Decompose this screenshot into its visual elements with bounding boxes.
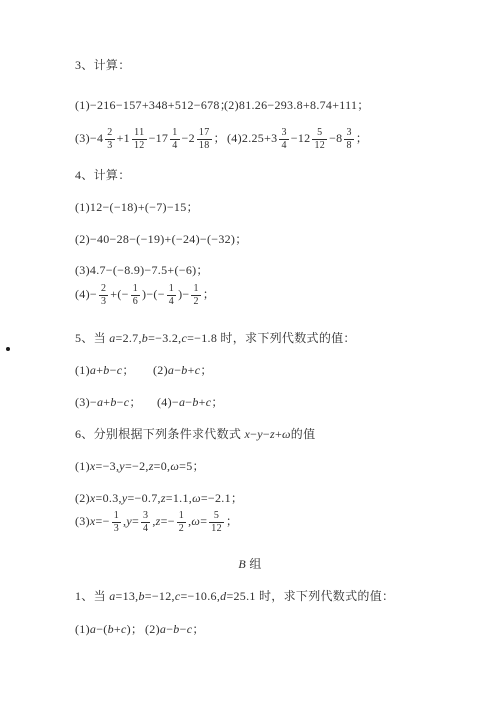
fraction: 23 <box>99 283 108 307</box>
problem-6-1: (1)x=−3,y=−2,z=0,ω=5； <box>75 458 205 474</box>
fraction: 14 <box>167 283 176 307</box>
fraction: 38 <box>344 127 353 151</box>
fraction: 12 <box>177 510 186 534</box>
problem-4-4: (4)−23+(−16)−(−14)−12； <box>75 283 215 307</box>
fraction: 16 <box>131 283 140 307</box>
fraction: 34 <box>141 510 150 534</box>
fraction: 34 <box>279 127 288 151</box>
worksheet-page: 3、计算： (1)−216−157+348+512−678； (2)81.26−… <box>0 0 500 707</box>
group-b-label: B 组 <box>0 556 500 572</box>
fraction: 14 <box>170 127 179 151</box>
problem-3-1: (1)−216−157+348+512−678； <box>75 97 232 113</box>
problem-b1-1: (1)a−(b+c)； <box>75 621 143 637</box>
fraction: 23 <box>105 127 114 151</box>
problem-3-2: (2)81.26−293.8+8.74+111； <box>224 97 370 113</box>
section-4-heading: 4、计算： <box>75 167 131 183</box>
problem-5-4: (4)−a−b+c； <box>157 394 224 410</box>
problem-5-1: (1)a+b−c； <box>75 362 135 378</box>
problem-6-3: (3)x=−13,y=34,z=−12,ω=512； <box>75 510 238 534</box>
fraction: 13 <box>112 510 121 534</box>
fraction: 512 <box>312 127 327 151</box>
problem-6-2: (2)x=0.3,y=−0.7,z=1.1,ω=−2.1； <box>75 490 243 506</box>
fraction: 1112 <box>132 127 147 151</box>
problem-b1-2: (2)a−b−c； <box>145 621 205 637</box>
fraction: 512 <box>209 510 224 534</box>
fraction: 1718 <box>197 127 212 151</box>
problem-4-3: (3)4.7−(−8.9)−7.5+(−6)； <box>75 262 209 278</box>
problem-4-1: (1)12−(−18)+(−7)−15； <box>75 199 199 215</box>
problem-4-2: (2)−40−28−(−19)+(−24)−(−32)； <box>75 231 248 247</box>
margin-dot <box>6 347 10 351</box>
problem-5-3: (3)−a+b−c； <box>75 394 142 410</box>
problem-3-3: (3)−423+11112−1714−21718； <box>75 127 226 151</box>
problem-3-4: (4)2.25+334−12512−838； <box>227 127 368 151</box>
section-5-heading: 5、当 a=2.7,b=−3.2,c=−1.8 时，求下列代数式的值： <box>75 330 356 346</box>
section-3-heading: 3、计算： <box>75 57 131 73</box>
fraction: 12 <box>191 283 200 307</box>
group-b-1-heading: 1、当 a=13,b=−12,c=−10.6,d=25.1 时，求下列代数式的值… <box>75 588 394 604</box>
section-6-heading: 6、分别根据下列条件求代数式 x−y−z+ω的值 <box>75 426 315 442</box>
problem-5-2: (2)a−b+c； <box>153 362 213 378</box>
